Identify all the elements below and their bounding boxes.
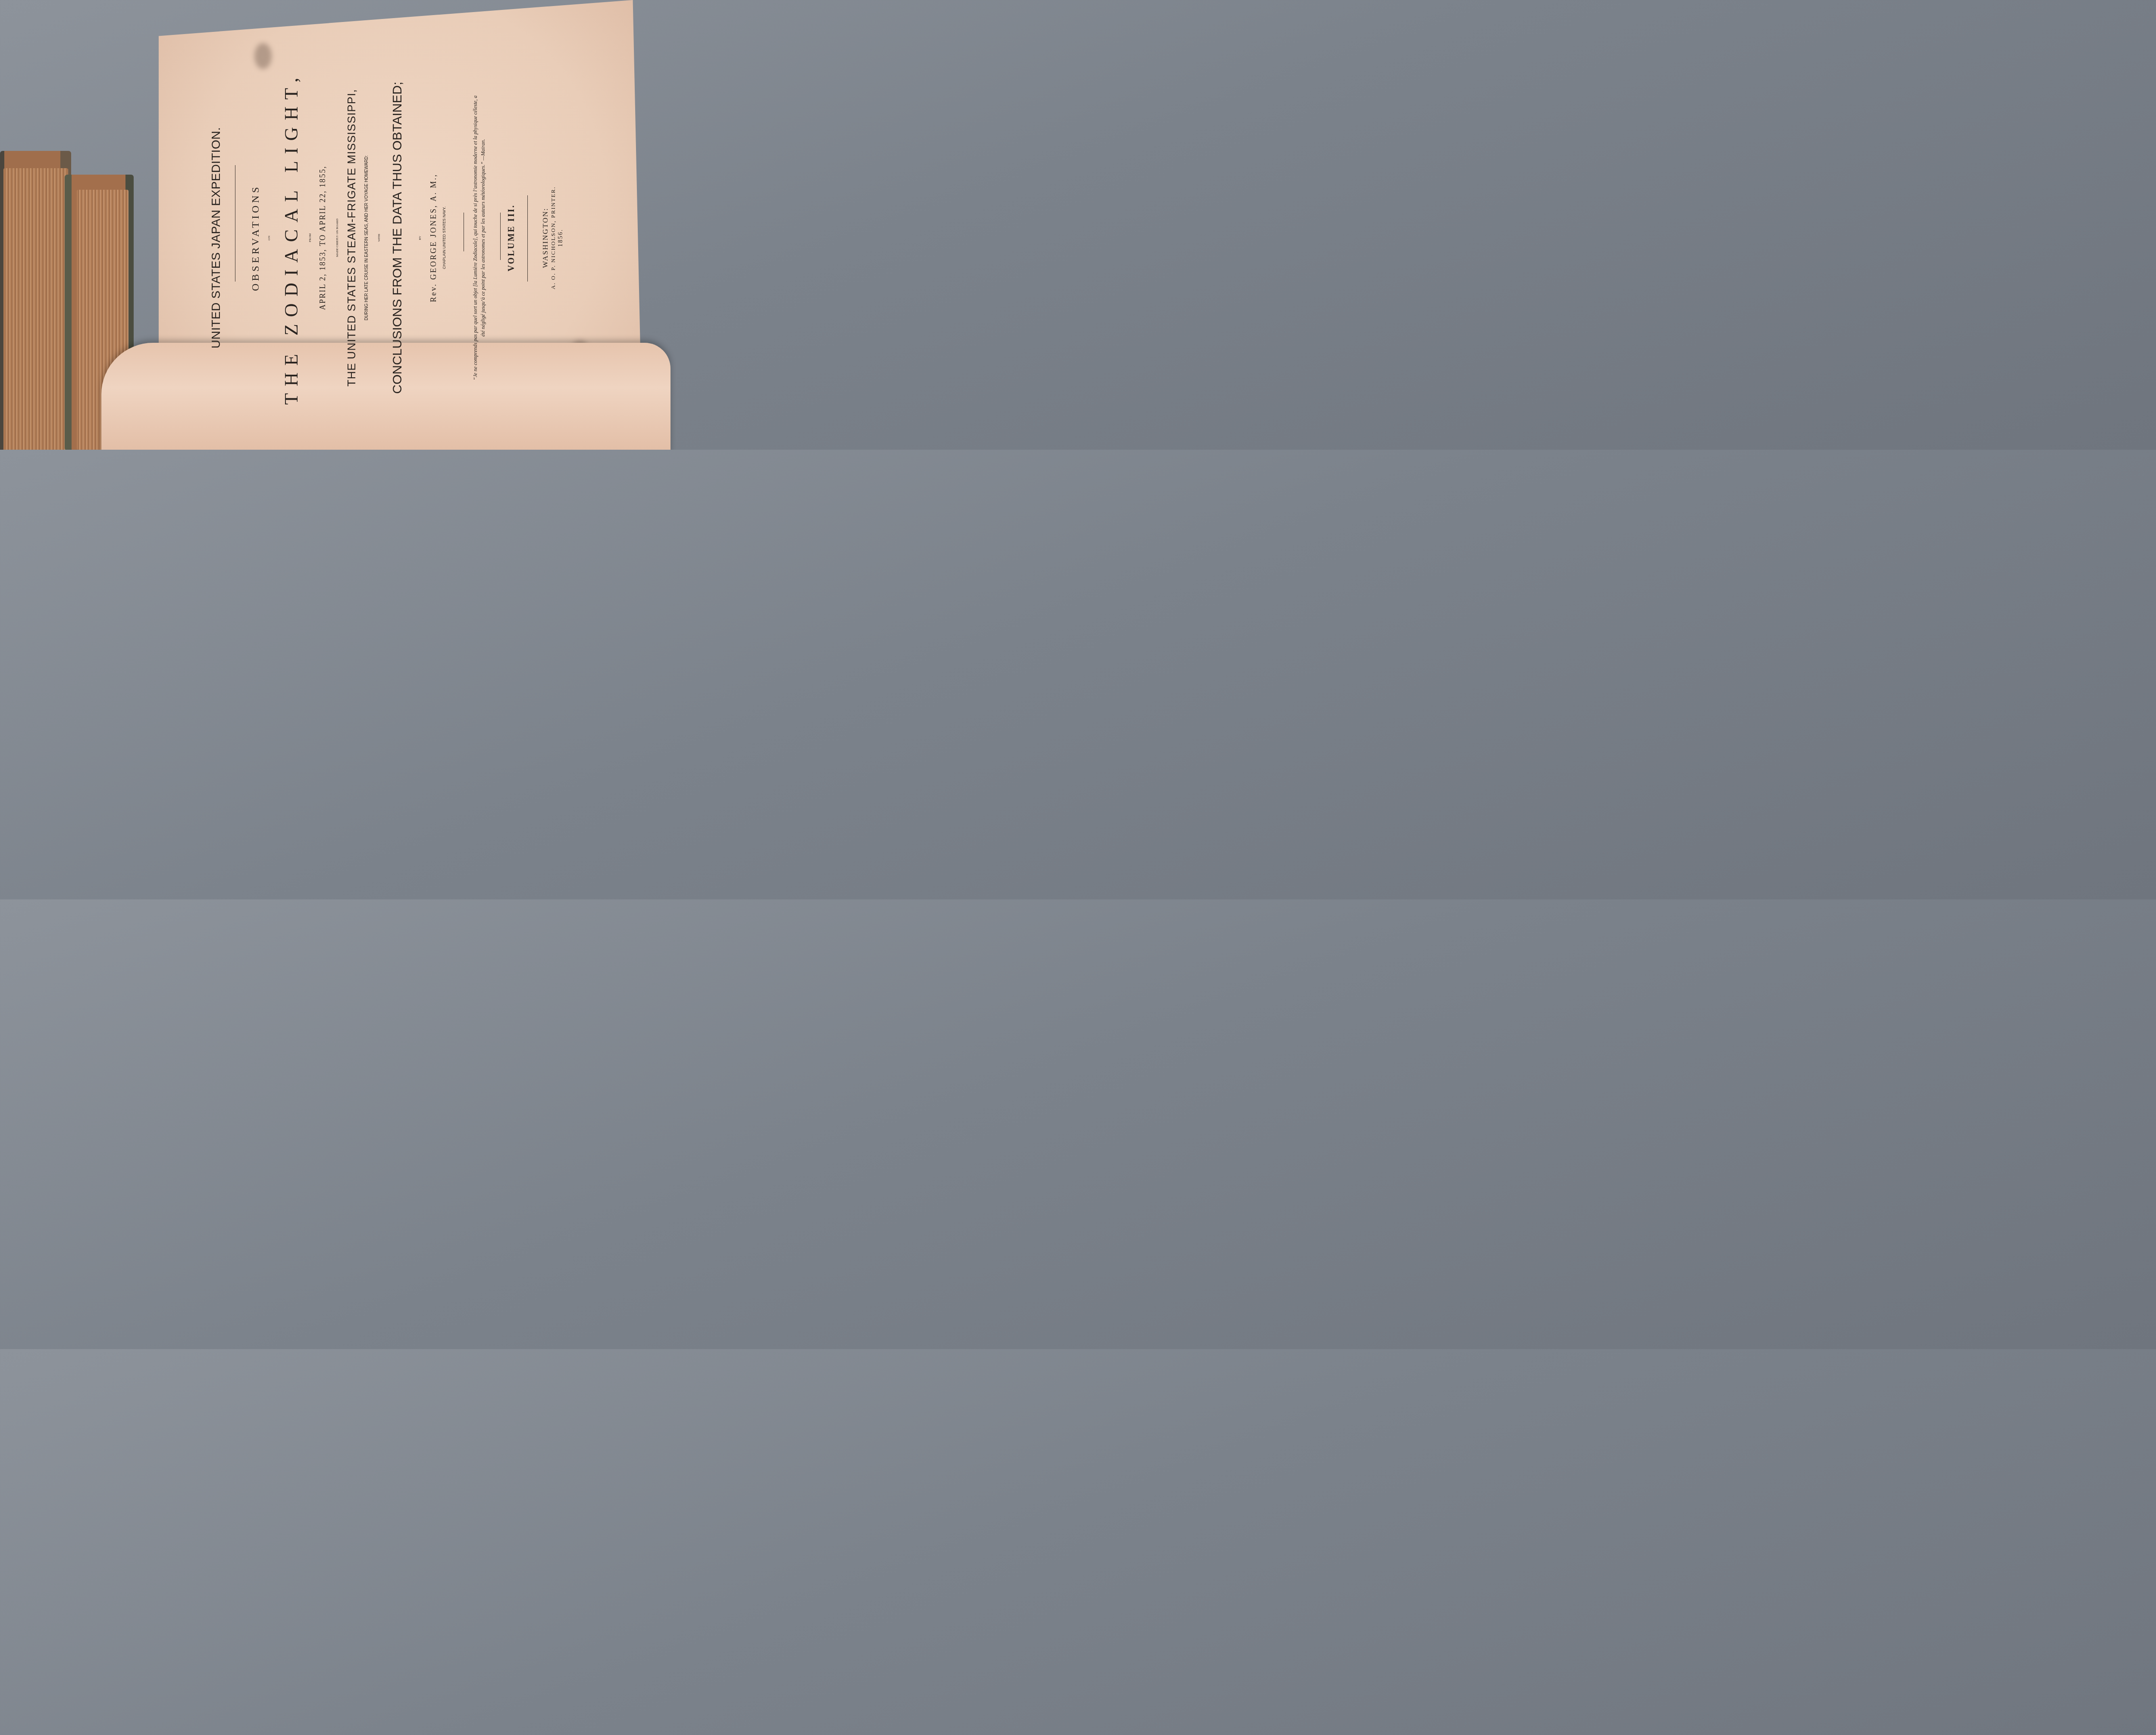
by-label: BY <box>418 13 422 450</box>
divider-rule <box>464 213 464 251</box>
book-1-page-edges <box>3 168 68 450</box>
printer-name: A. O. P. NICHOLSON, PRINTER. <box>550 13 557 450</box>
made-chiefly-label: MADE CHIEFLY ON BOARD <box>335 13 339 450</box>
epigraph-line-2: été négligé jusqu’à ce point par les ast… <box>480 13 486 450</box>
date-range: APRIL 2, 1853, TO APRIL 22, 1855, <box>318 13 327 450</box>
on-label: ON <box>267 13 271 450</box>
from-label: FROM <box>308 13 312 450</box>
series-title: UNITED STATES JAPAN EXPEDITION. <box>209 13 223 450</box>
publication-place: WASHINGTON: <box>541 13 550 450</box>
divider-rule <box>235 165 235 282</box>
cruise-description: DURING HER LATE CRUISE IN EASTERN SEAS, … <box>364 13 369 450</box>
main-title: THE ZODIACAL LIGHT, <box>280 13 302 450</box>
volume-label: VOLUME III. <box>507 13 517 450</box>
ship-name: THE UNITED STATES STEAM-FRIGATE MISSISSI… <box>345 13 358 450</box>
with-label: WITH <box>377 13 381 450</box>
observations-label: OBSERVATIONS <box>250 13 262 450</box>
publication-year: 1856. <box>558 13 564 450</box>
divider-rule <box>500 213 501 260</box>
conclusions-subtitle: CONCLUSIONS FROM THE DATA THUS OBTAINED; <box>390 13 405 450</box>
epigraph-line-1: “Je ne comprends pas par quel sort un ob… <box>472 13 479 450</box>
title-page-text: UNITED STATES JAPAN EXPEDITION. OBSERVAT… <box>170 13 602 450</box>
author-title: CHAPLAIN UNITED STATES NAVY. <box>442 13 446 450</box>
author-name: Rev. GEORGE JONES, A. M., <box>429 13 438 450</box>
divider-rule <box>527 195 528 282</box>
